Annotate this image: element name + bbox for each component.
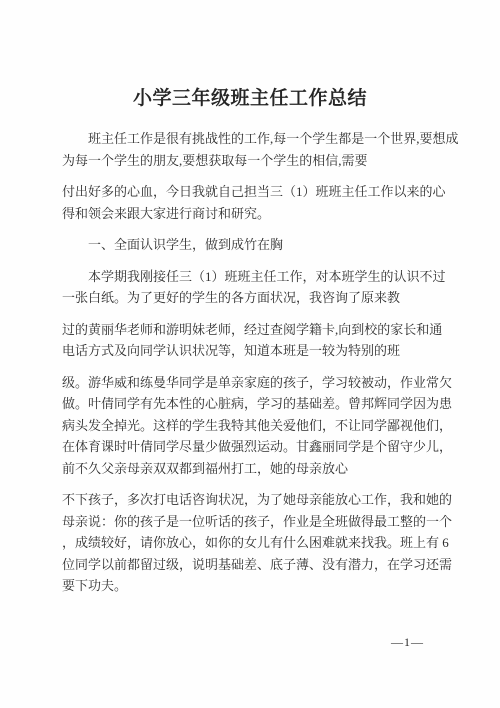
- paragraph-body-2: 过的黄丽华老师和游明妹老师，经过查阅学籍卡,向到校的家长和通 电话方式及向同学认…: [62, 319, 470, 362]
- paragraph-body-1: 本学期我刚接任三（1）班班主任工作，对本班学生的认识不过 一张白纸。为了更好的学…: [62, 266, 470, 309]
- paragraph-body-3: 级。游华威和练曼华同学是单亲家庭的孩子，学习较被动，作业常欠 做。叶倩同学有先本…: [62, 372, 470, 480]
- section-heading: 一、全面认识学生，做到成竹在胸: [62, 234, 470, 256]
- document-title: 小学三年级班主任工作总结: [0, 86, 500, 112]
- document-page: 小学三年级班主任工作总结 班主任工作是很有挑战性的工作,每一个学生都是一个世界,…: [0, 0, 500, 708]
- paragraph-intro-1: 班主任工作是很有挑战性的工作,每一个学生都是一个世界,要想成 为每一个学生的朋友…: [62, 128, 470, 171]
- paragraph-body-4: 不下孩子，多次打电话咨询状况，为了她母亲能放心工作，我和她的 母亲说：你的孩子是…: [62, 489, 470, 597]
- paragraph-intro-2: 付出好多的心血，今日我就自己担当三（1）班班主任工作以来的心 得和领会来跟大家进…: [62, 181, 470, 224]
- page-number: —1—: [62, 635, 470, 650]
